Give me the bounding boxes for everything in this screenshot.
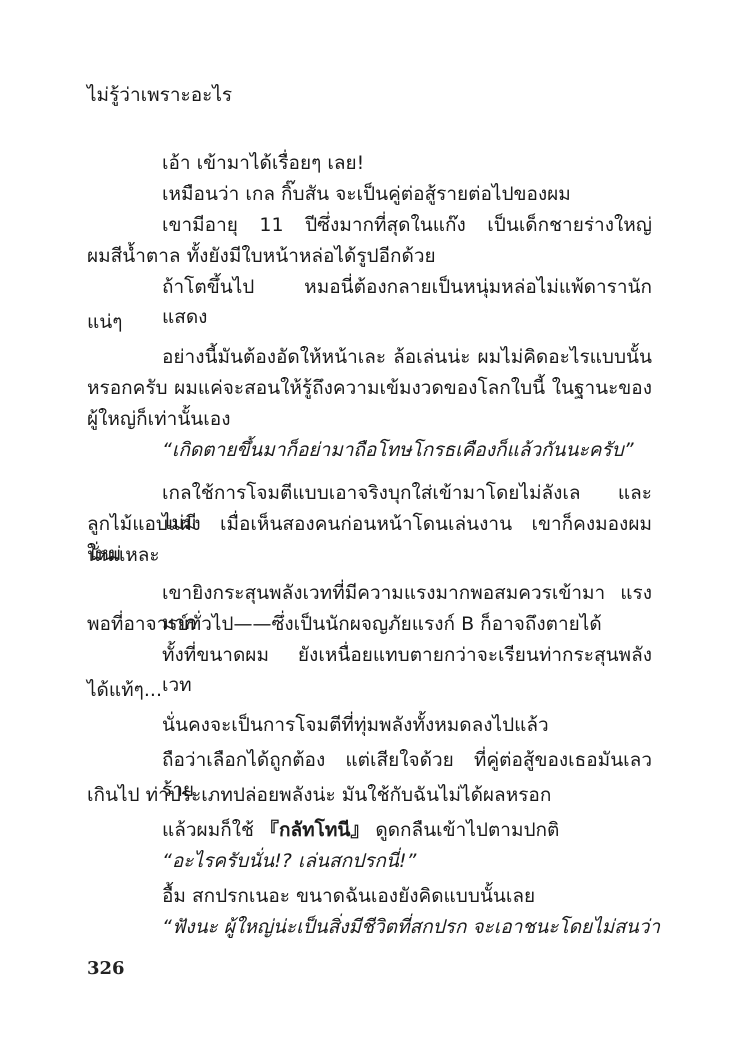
text-line-skill: แล้วผมก็ใช้ 『กลัทโทนี』 ดูดกลืนเข้าไปตามป…	[162, 815, 652, 845]
text-line: อื้ม สกปรกเนอะ ขนาดฉันเองยังคิดแบบนั้นเล…	[162, 881, 652, 911]
text-line: “เกิดตายขึ้นมาก็อย่ามาถือโทษโกรธเคืองก็แ…	[162, 435, 652, 465]
text-line: อย่างนี้มันต้องอัดให้หน้าเละ ล้อเล่นน่ะ …	[162, 342, 652, 372]
text-line: ผู้ใหญ่ก็เท่านั้นเอง	[87, 404, 652, 434]
text-line: พอที่อาจารย์ทั่วไป——ซึ่งเป็นนักผจญภัยแรง…	[87, 609, 652, 639]
text-line: ได้แท้ๆ...	[87, 675, 652, 705]
skill-suffix: ดูดกลืนเข้าไปตามปกติ	[369, 819, 559, 841]
skill-name: 『กลัทโทนี』	[260, 819, 369, 841]
text-line: เขามีอายุ 11 ปีซึ่งมากที่สุดในแก๊ง เป็นเ…	[162, 210, 652, 240]
text-line: นั่นแหละ	[87, 540, 652, 570]
text-line: ผมสีน้ำตาล ทั้งยังมีใบหน้าหล่อได้รูปอีกด…	[87, 241, 652, 271]
text-line: หรอกครับ ผมแค่จะสอนให้รู้ถึงความเข้มงวดข…	[87, 373, 652, 403]
text-line: เหมือนว่า เกล กิ๊บสัน จะเป็นคู่ต่อสู้ราย…	[162, 179, 652, 209]
text-line: เกินไป ท่าประเภทปล่อยพลังน่ะ มันใช้กับฉั…	[87, 780, 652, 810]
skill-prefix: แล้วผมก็ใช้	[162, 819, 260, 841]
book-page: ไม่รู้ว่าเพราะอะไรเอ้า เข้ามาได้เรื่อยๆ …	[0, 0, 738, 1051]
dialogue-line: “ฟังนะ ผู้ใหญ่น่ะเป็นสิ่งมีชีวิตที่สกปรก…	[162, 912, 652, 942]
text-line: แน่ๆ	[87, 307, 652, 337]
text-line: ไม่รู้ว่าเพราะอะไร	[87, 80, 652, 110]
page-number: 326	[87, 958, 125, 979]
text-line: นั่นคงจะเป็นการโจมตีที่ทุ่มพลังทั้งหมดลง…	[162, 710, 652, 740]
text-line: เอ้า เข้ามาได้เรื่อยๆ เลย!	[162, 148, 652, 178]
dialogue-line: “อะไรครับนั่น!? เล่นสกปรกนี่!”	[162, 846, 652, 876]
